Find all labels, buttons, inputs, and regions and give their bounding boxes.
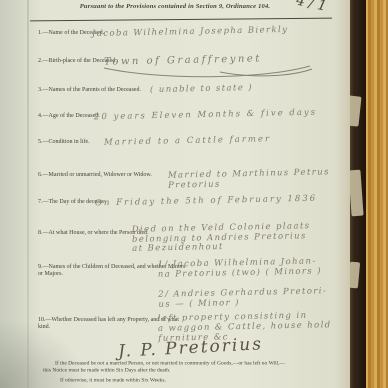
handwritten-value: 20 years Eleven Months & five days	[94, 109, 317, 123]
signature: J. P. Pretorius	[118, 334, 264, 362]
flourish-swash	[100, 65, 315, 81]
footnote-3: If otherwise, it must be made within Six…	[60, 378, 166, 384]
header-rule	[30, 18, 332, 22]
handwritten-value: ( unable to state )	[150, 84, 253, 96]
document-page: Pursuant to the Provisions contained in …	[0, 0, 350, 388]
handwritten-corner-mark: 4/1	[295, 0, 332, 15]
handwritten-value: Married to Marthinus PetrusPretorius	[168, 168, 330, 190]
photo-of-death-notice: Pursuant to the Provisions contained in …	[0, 0, 388, 388]
handwritten-value: 1/ Jacoba Wilhelmina Johan-na Pretorius …	[158, 257, 328, 310]
handwritten-value: Died on the Veld Colonie plaatsbelonging…	[132, 222, 311, 254]
footnote-2: this Notice must be made within Six Days…	[43, 368, 170, 374]
footnote-1: If the Deceased be not a married Person,…	[55, 361, 285, 367]
printed-header: Pursuant to the Provisions contained in …	[30, 3, 320, 10]
handwritten-value: On Friday the 5th of February 1836	[95, 195, 317, 209]
handwritten-value: Jacoba Wilhelmina Josepha Bierkly	[92, 26, 289, 40]
handwritten-value: Married to a Cattle farmer	[104, 135, 271, 148]
